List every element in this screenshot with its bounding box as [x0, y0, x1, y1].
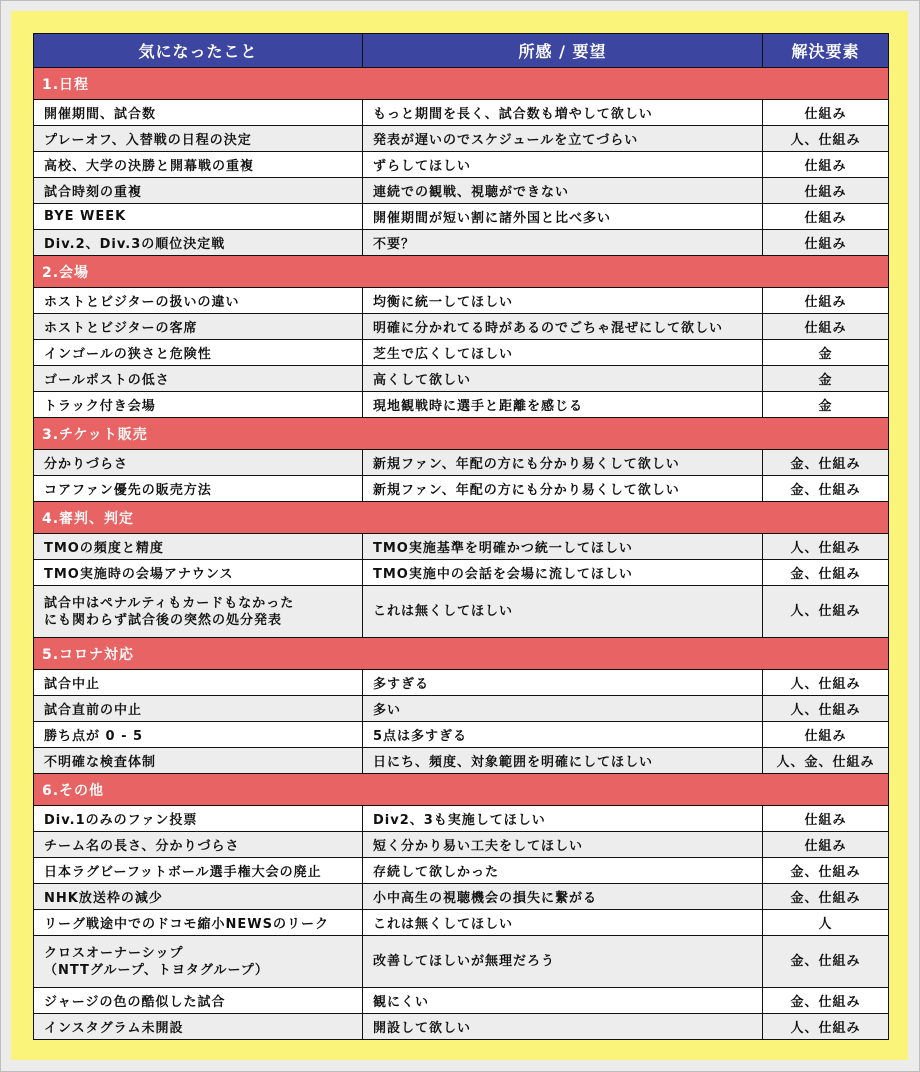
- section-title: 5.コロナ対応: [34, 638, 889, 670]
- factor-cell: 仕組み: [763, 314, 889, 340]
- section-title: 3.チケット販売: [34, 418, 889, 450]
- issue-cell: ホストとビジターの扱いの違い: [34, 288, 363, 314]
- table-row: 不明確な検査体制日にち、頻度、対象範囲を明確にしてほしい人、金、仕組み: [34, 748, 889, 774]
- opinion-cell: 連続での観戦、視聴ができない: [363, 178, 763, 204]
- section-row-refereeing: 4.審判、判定: [34, 502, 889, 534]
- factor-cell: 仕組み: [763, 288, 889, 314]
- opinion-cell: 芝生で広くしてほしい: [363, 340, 763, 366]
- table-row: 試合直前の中止多い人、仕組み: [34, 696, 889, 722]
- table-header-row: 気になったこと 所感 / 要望 解決要素: [34, 34, 889, 68]
- issue-cell: コアファン優先の販売方法: [34, 476, 363, 502]
- issue-cell: 試合時刻の重複: [34, 178, 363, 204]
- issue-line-2: にも関わらず試合後の突然の処分発表: [44, 612, 362, 629]
- issue-cell: トラック付き会場: [34, 392, 363, 418]
- opinion-cell: 新規ファン、年配の方にも分かり易くして欲しい: [363, 450, 763, 476]
- table-row: 日本ラグビーフットボール選手権大会の廃止存続して欲しかった金、仕組み: [34, 858, 889, 884]
- issue-cell: インスタグラム未開設: [34, 1014, 363, 1040]
- issue-cell: Div.1のみのファン投票: [34, 806, 363, 832]
- table-row: コアファン優先の販売方法新規ファン、年配の方にも分かり易くして欲しい金、仕組み: [34, 476, 889, 502]
- table-row: リーグ戦途中でのドコモ縮小NEWSのリークこれは無くしてほしい人: [34, 910, 889, 936]
- issue-cell: BYE WEEK: [34, 204, 363, 230]
- opinion-cell: 開設して欲しい: [363, 1014, 763, 1040]
- opinion-cell: 現地観戦時に選手と距離を感じる: [363, 392, 763, 418]
- table-row: BYE WEEK開催期間が短い割に諸外国と比べ多い仕組み: [34, 204, 889, 230]
- opinion-cell: 多すぎる: [363, 670, 763, 696]
- factor-cell: 金、仕組み: [763, 450, 889, 476]
- issue-cell: 試合中止: [34, 670, 363, 696]
- opinion-cell: TMO実施基準を明確かつ統一してほしい: [363, 534, 763, 560]
- factor-cell: 仕組み: [763, 204, 889, 230]
- table-row: ゴールポストの低さ高くして欲しい金: [34, 366, 889, 392]
- opinion-cell: TMO実施中の会話を会場に流してほしい: [363, 560, 763, 586]
- factor-cell: 人、仕組み: [763, 534, 889, 560]
- issue-cell: ジャージの色の酷似した試合: [34, 988, 363, 1014]
- issue-line-1: クロスオーナーシップ: [44, 945, 362, 962]
- factor-cell: 人、金、仕組み: [763, 748, 889, 774]
- issue-cell: ホストとビジターの客席: [34, 314, 363, 340]
- opinion-cell: 発表が遅いのでスケジュールを立てづらい: [363, 126, 763, 152]
- issue-cell: 不明確な検査体制: [34, 748, 363, 774]
- table-row: TMOの頻度と精度TMO実施基準を明確かつ統一してほしい人、仕組み: [34, 534, 889, 560]
- issue-cell: TMOの頻度と精度: [34, 534, 363, 560]
- table-row: NHK放送枠の減少小中高生の視聴機会の損失に繋がる金、仕組み: [34, 884, 889, 910]
- table-row: ジャージの色の酷似した試合観にくい金、仕組み: [34, 988, 889, 1014]
- section-row-tickets: 3.チケット販売: [34, 418, 889, 450]
- opinion-cell: 5点は多すぎる: [363, 722, 763, 748]
- issue-cell: 勝ち点が 0 - 5: [34, 722, 363, 748]
- issue-cell: ゴールポストの低さ: [34, 366, 363, 392]
- feedback-table: 気になったこと 所感 / 要望 解決要素 1.日程 開催期間、試合数もっと期間を…: [33, 33, 889, 1040]
- opinion-cell: 小中高生の視聴機会の損失に繋がる: [363, 884, 763, 910]
- issue-line-2: （NTTグループ、トヨタグループ）: [44, 962, 362, 979]
- table-row: ホストとビジターの扱いの違い均衡に統一してほしい仕組み: [34, 288, 889, 314]
- issue-cell: 試合中はペナルティもカードもなかった にも関わらず試合後の突然の処分発表: [34, 586, 363, 638]
- header-opinion: 所感 / 要望: [363, 34, 763, 68]
- factor-cell: 仕組み: [763, 178, 889, 204]
- factor-cell: 人、仕組み: [763, 670, 889, 696]
- section-title: 4.審判、判定: [34, 502, 889, 534]
- factor-cell: 金、仕組み: [763, 884, 889, 910]
- section-row-other: 6.その他: [34, 774, 889, 806]
- table-row: インスタグラム未開設開設して欲しい人、仕組み: [34, 1014, 889, 1040]
- factor-cell: 人、仕組み: [763, 696, 889, 722]
- issue-cell: 試合直前の中止: [34, 696, 363, 722]
- factor-cell: 仕組み: [763, 100, 889, 126]
- factor-cell: 金: [763, 340, 889, 366]
- factor-cell: 人、仕組み: [763, 126, 889, 152]
- issue-cell: Div.2、Div.3の順位決定戦: [34, 230, 363, 256]
- table-row: チーム名の長さ、分かりづらさ短く分かり易い工夫をしてほしい仕組み: [34, 832, 889, 858]
- section-title: 2.会場: [34, 256, 889, 288]
- factor-cell: 仕組み: [763, 152, 889, 178]
- table-row: 試合中はペナルティもカードもなかった にも関わらず試合後の突然の処分発表 これは…: [34, 586, 889, 638]
- section-title: 1.日程: [34, 68, 889, 100]
- opinion-cell: 存続して欲しかった: [363, 858, 763, 884]
- table-row: トラック付き会場現地観戦時に選手と距離を感じる金: [34, 392, 889, 418]
- opinion-cell: ずらしてほしい: [363, 152, 763, 178]
- issue-cell: リーグ戦途中でのドコモ縮小NEWSのリーク: [34, 910, 363, 936]
- issue-cell: プレーオフ、入替戦の日程の決定: [34, 126, 363, 152]
- issue-cell: 分かりづらさ: [34, 450, 363, 476]
- issue-cell: 高校、大学の決勝と開幕戦の重複: [34, 152, 363, 178]
- header-factor: 解決要素: [763, 34, 889, 68]
- issue-cell: 開催期間、試合数: [34, 100, 363, 126]
- factor-cell: 仕組み: [763, 806, 889, 832]
- table-row: Div.1のみのファン投票Div2、3も実施してほしい仕組み: [34, 806, 889, 832]
- opinion-cell: 不要？: [363, 230, 763, 256]
- table-row: 開催期間、試合数もっと期間を長く、試合数も増やして欲しい仕組み: [34, 100, 889, 126]
- opinion-cell: 日にち、頻度、対象範囲を明確にしてほしい: [363, 748, 763, 774]
- opinion-cell: これは無くしてほしい: [363, 910, 763, 936]
- opinion-cell: 新規ファン、年配の方にも分かり易くして欲しい: [363, 476, 763, 502]
- section-row-covid: 5.コロナ対応: [34, 638, 889, 670]
- table-row: TMO実施時の会場アナウンスTMO実施中の会話を会場に流してほしい金、仕組み: [34, 560, 889, 586]
- opinion-cell: 多い: [363, 696, 763, 722]
- factor-cell: 仕組み: [763, 722, 889, 748]
- issue-cell: インゴールの狭さと危険性: [34, 340, 363, 366]
- opinion-cell: 観にくい: [363, 988, 763, 1014]
- factor-cell: 人、仕組み: [763, 1014, 889, 1040]
- issue-cell: チーム名の長さ、分かりづらさ: [34, 832, 363, 858]
- table-row: 分かりづらさ新規ファン、年配の方にも分かり易くして欲しい金、仕組み: [34, 450, 889, 476]
- factor-cell: 金: [763, 366, 889, 392]
- opinion-cell: これは無くしてほしい: [363, 586, 763, 638]
- opinion-cell: 短く分かり易い工夫をしてほしい: [363, 832, 763, 858]
- table-row: Div.2、Div.3の順位決定戦不要？仕組み: [34, 230, 889, 256]
- factor-cell: 金、仕組み: [763, 988, 889, 1014]
- table-row: クロスオーナーシップ （NTTグループ、トヨタグループ） 改善してほしいが無理だ…: [34, 936, 889, 988]
- opinion-cell: 改善してほしいが無理だろう: [363, 936, 763, 988]
- table-row: 試合時刻の重複連続での観戦、視聴ができない仕組み: [34, 178, 889, 204]
- issue-cell: 日本ラグビーフットボール選手権大会の廃止: [34, 858, 363, 884]
- factor-cell: 金、仕組み: [763, 936, 889, 988]
- section-row-venue: 2.会場: [34, 256, 889, 288]
- opinion-cell: もっと期間を長く、試合数も増やして欲しい: [363, 100, 763, 126]
- factor-cell: 金: [763, 392, 889, 418]
- opinion-cell: Div2、3も実施してほしい: [363, 806, 763, 832]
- table-row: 試合中止多すぎる人、仕組み: [34, 670, 889, 696]
- issue-cell: NHK放送枠の減少: [34, 884, 363, 910]
- table-row: 高校、大学の決勝と開幕戦の重複ずらしてほしい仕組み: [34, 152, 889, 178]
- factor-cell: 人、仕組み: [763, 586, 889, 638]
- table-row: ホストとビジターの客席明確に分かれてる時があるのでごちゃ混ぜにして欲しい仕組み: [34, 314, 889, 340]
- opinion-cell: 開催期間が短い割に諸外国と比べ多い: [363, 204, 763, 230]
- factor-cell: 人: [763, 910, 889, 936]
- section-row-schedule: 1.日程: [34, 68, 889, 100]
- header-issue: 気になったこと: [34, 34, 363, 68]
- factor-cell: 金、仕組み: [763, 476, 889, 502]
- section-title: 6.その他: [34, 774, 889, 806]
- opinion-cell: 明確に分かれてる時があるのでごちゃ混ぜにして欲しい: [363, 314, 763, 340]
- factor-cell: 金、仕組み: [763, 858, 889, 884]
- issue-cell: クロスオーナーシップ （NTTグループ、トヨタグループ）: [34, 936, 363, 988]
- factor-cell: 仕組み: [763, 230, 889, 256]
- opinion-cell: 均衡に統一してほしい: [363, 288, 763, 314]
- factor-cell: 金、仕組み: [763, 560, 889, 586]
- table-row: インゴールの狭さと危険性芝生で広くしてほしい金: [34, 340, 889, 366]
- table-row: プレーオフ、入替戦の日程の決定発表が遅いのでスケジュールを立てづらい人、仕組み: [34, 126, 889, 152]
- issue-cell: TMO実施時の会場アナウンス: [34, 560, 363, 586]
- factor-cell: 仕組み: [763, 832, 889, 858]
- table-row: 勝ち点が 0 - 55点は多すぎる仕組み: [34, 722, 889, 748]
- opinion-cell: 高くして欲しい: [363, 366, 763, 392]
- issue-line-1: 試合中はペナルティもカードもなかった: [44, 595, 362, 612]
